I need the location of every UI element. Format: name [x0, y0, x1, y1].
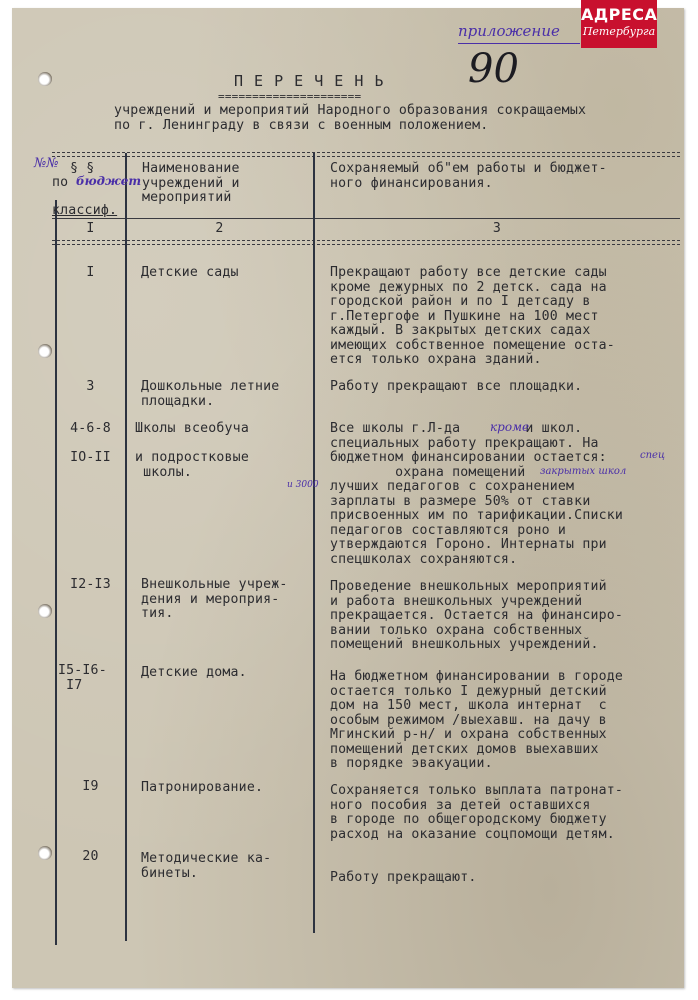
header-bottom-rule	[52, 244, 680, 245]
title-underline: =====================	[218, 92, 361, 102]
table-top-rule	[52, 152, 680, 153]
column-divider-1	[125, 153, 127, 941]
punch-hole	[38, 846, 52, 860]
punch-hole	[38, 72, 52, 86]
row-code: I2-I3	[56, 578, 125, 593]
row-name: Патронирование.	[141, 781, 263, 796]
table-top-rule	[52, 156, 680, 157]
handwritten-appendix-note: приложение	[458, 22, 560, 40]
row-code: I	[56, 266, 125, 281]
document-subtitle-line1: учреждений и мероприятий Народного образ…	[114, 104, 586, 119]
row-name: Детские дома.	[141, 666, 247, 681]
row-code: 4-6-8 IO-II	[56, 422, 125, 466]
row-action: Работу прекращают.	[330, 856, 477, 885]
row-name: Дошкольные летние площадки.	[141, 380, 279, 409]
column-divider-2	[313, 153, 315, 933]
header-col3: Сохраняемый об"ем работы и бюджет- ного …	[330, 162, 607, 191]
row-action: Все школы г.Л-да и школ. специальных раб…	[330, 422, 623, 567]
row-name: Внешкольные учреж- дения и мероприя- тия…	[141, 578, 288, 622]
column-number-1: I	[56, 222, 125, 237]
row-action: Работу прекращают все площадки.	[330, 380, 582, 395]
column-number-2: 2	[126, 222, 313, 237]
handwritten-note-3000: и 3000	[287, 480, 319, 490]
punch-hole	[38, 604, 52, 618]
margin-note-budget: бюджет	[76, 174, 141, 188]
row-name: Детские сады	[141, 266, 239, 281]
row-code: I5-I6- I7	[58, 664, 107, 693]
row-code: 20	[56, 850, 125, 865]
margin-note-numbers: №№	[34, 156, 59, 171]
punch-hole	[38, 344, 52, 358]
row-action: На бюджетном финансировании в городе ост…	[330, 670, 623, 772]
row-name: Методические ка- бинеты.	[141, 852, 271, 881]
header-col1-line2: по	[52, 176, 68, 191]
header-rule	[52, 218, 680, 219]
document-subtitle-line2: по г. Ленинграду в связи с военным полож…	[114, 119, 488, 134]
handwritten-note-closed-schools: закрытых школ	[540, 466, 626, 477]
header-bottom-rule	[52, 240, 680, 241]
left-border	[55, 200, 57, 945]
row-name: Школы всеобуча и подростковые школы.	[135, 422, 249, 480]
header-col1-line3: классиф.	[52, 204, 117, 219]
logo-line1: АДРЕСА	[581, 5, 657, 25]
row-action: Проведение внешкольных мероприятий и раб…	[330, 580, 623, 653]
row-action: Прекращают работу все детские сады кроме…	[330, 266, 615, 368]
header-col2: Наименование учреждений и мероприятий	[142, 162, 240, 206]
row-code: 3	[56, 380, 125, 395]
document-title: П Е Р Е Ч Е Н Ь	[234, 74, 384, 89]
column-number-3: 3	[314, 222, 680, 237]
row-action: Сохраняется только выплата патронат- ног…	[330, 784, 623, 842]
handwritten-note-krome: кроме	[490, 420, 529, 434]
handwritten-note-spec: спец	[640, 450, 665, 461]
handwritten-page-number: 90	[468, 46, 519, 92]
row-code: I9	[56, 780, 125, 795]
adresa-peterburga-logo: АДРЕСА Петербурга	[581, 0, 657, 48]
logo-line2: Петербурга	[581, 25, 657, 39]
appendix-underline	[458, 43, 580, 44]
